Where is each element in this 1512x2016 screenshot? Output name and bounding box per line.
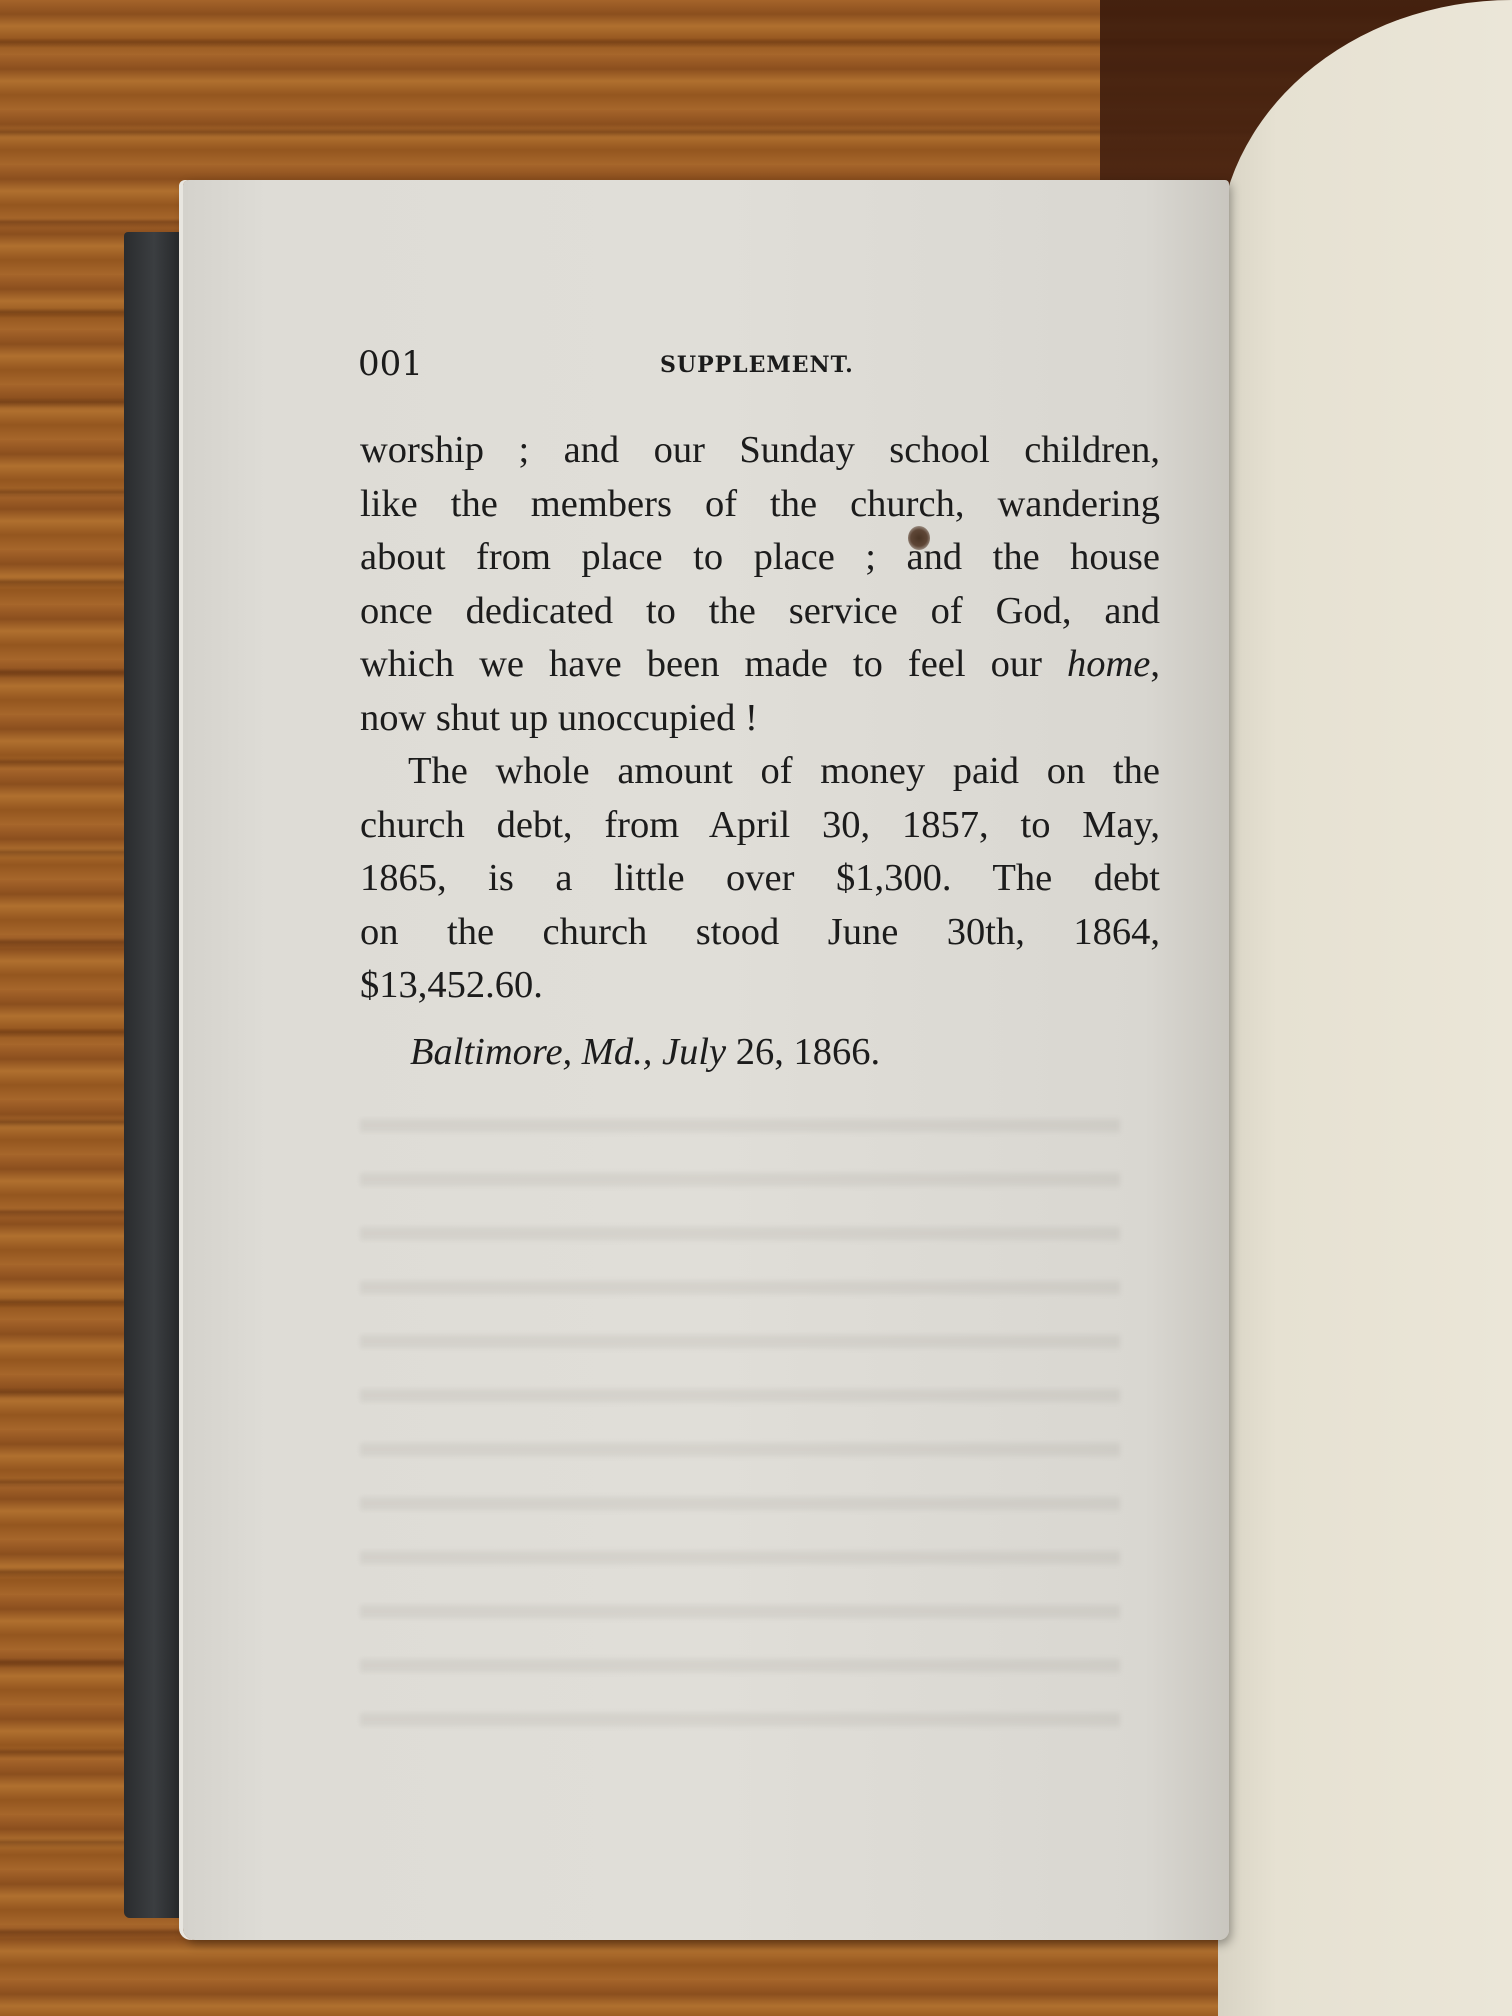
text-line: about from place to place ; and the hous… (360, 531, 1160, 585)
text-line-with-emphasis: which we have been made to feel our home… (360, 638, 1160, 692)
text-line: worship ; and our Sunday school children… (360, 424, 1160, 478)
text-line: 1865, is a little over $1,300. The debt (360, 852, 1160, 906)
running-head: SUPPLEMENT. (660, 352, 854, 378)
text-line: once dedicated to the service of God, an… (360, 585, 1160, 639)
text-line: The whole amount of money paid on the (360, 745, 1160, 799)
page-number: 001 (358, 344, 423, 384)
page-body: worship ; and our Sunday school children… (360, 424, 1160, 1013)
text-line: like the members of the church, wanderin… (360, 478, 1160, 532)
text-line: now shut up unoccupied ! (360, 692, 1160, 746)
page-header: 001 SUPPLEMENT. (358, 344, 1148, 384)
signature-place: Baltimore, Md., July (410, 1031, 726, 1073)
text-line: church debt, from April 30, 1857, to May… (360, 799, 1160, 853)
emphasized-word: home (1067, 643, 1150, 685)
signature-dateline: Baltimore, Md., July 26, 1866. (410, 1030, 880, 1074)
ink-stain (908, 526, 930, 550)
facing-page (1218, 0, 1512, 2016)
show-through-text (360, 1080, 1120, 1730)
book-spine (124, 232, 184, 1918)
text-line: $13,452.60. (360, 959, 1160, 1013)
text-line: on the church stood June 30th, 1864, (360, 906, 1160, 960)
signature-date: 26, 1866. (736, 1031, 880, 1073)
